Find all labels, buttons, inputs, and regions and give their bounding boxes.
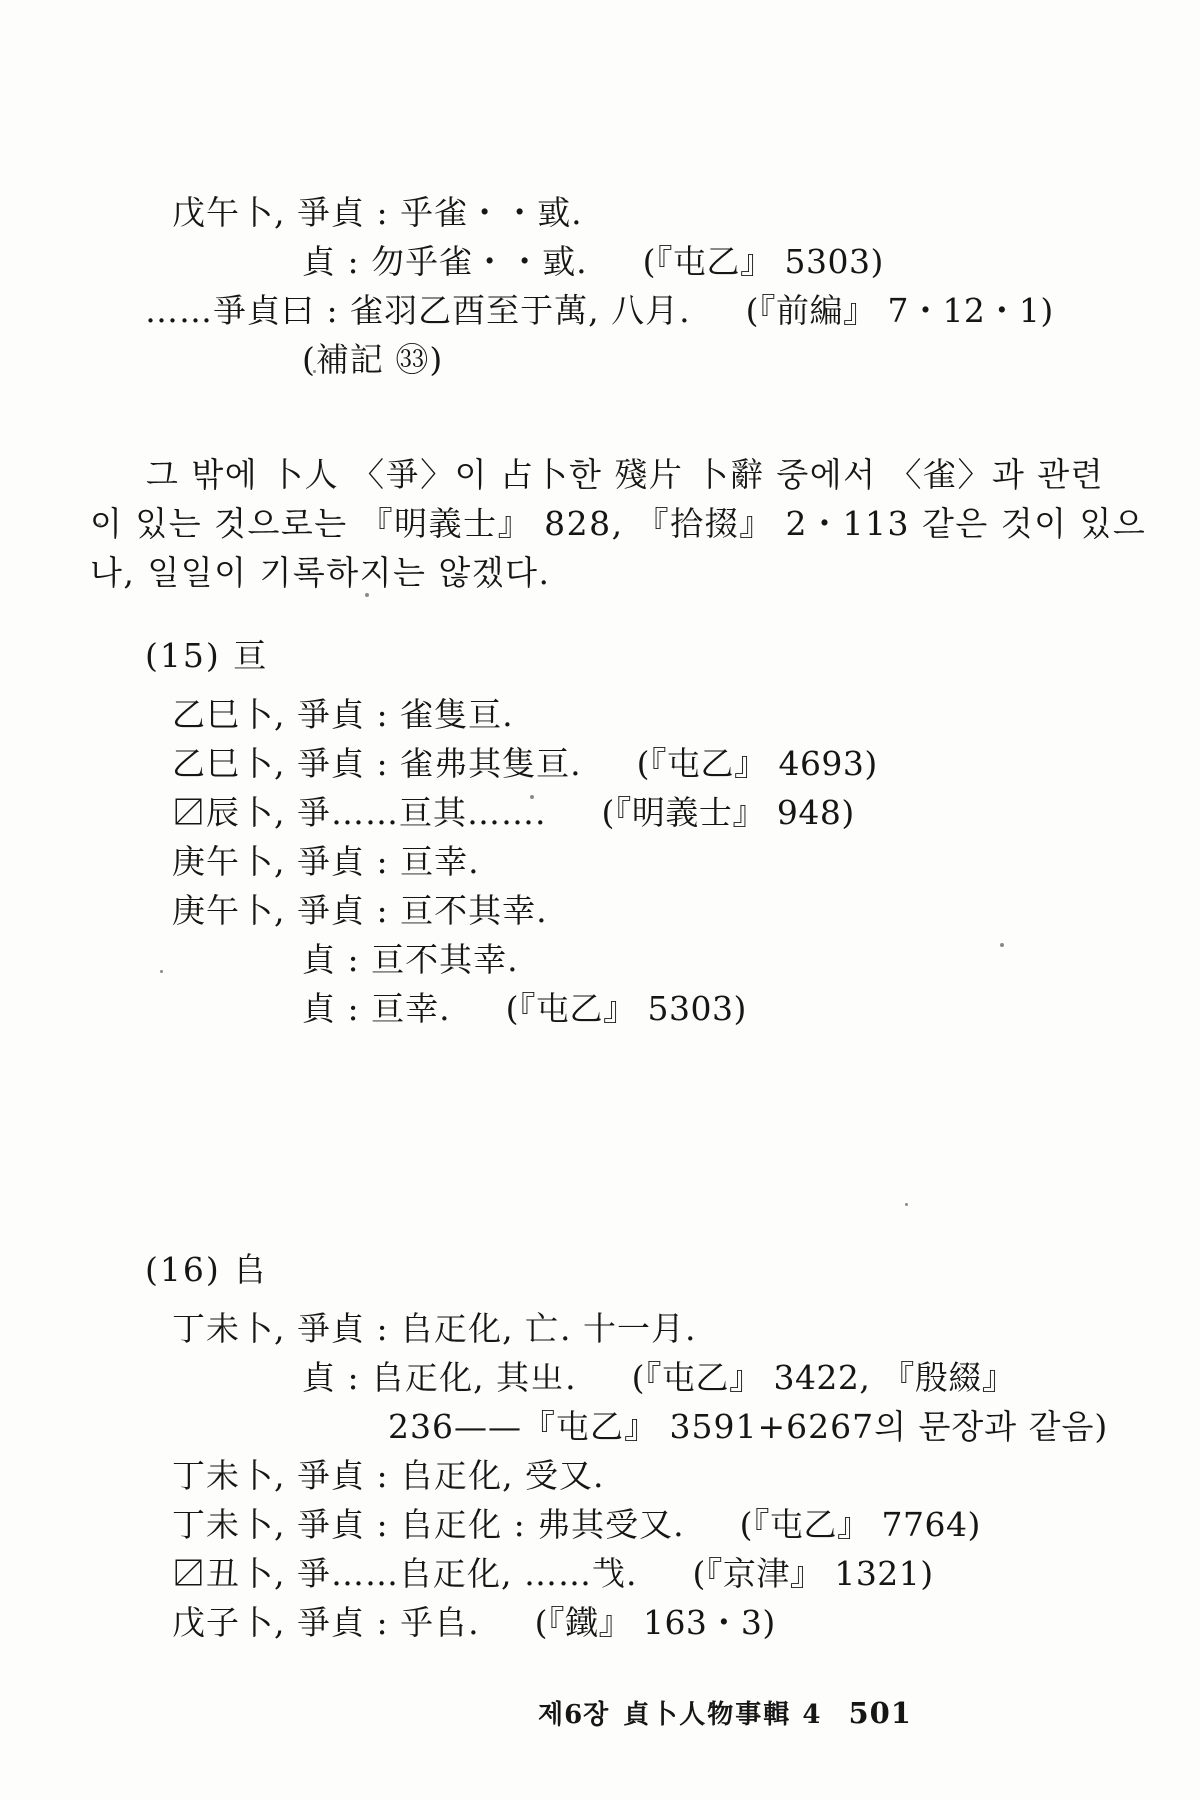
source-reference: (『屯乙』 5303) xyxy=(506,989,747,1028)
oracle-text: 丁未卜, 爭貞 : 𠂤𤴓化, 受又. xyxy=(172,1456,605,1495)
scan-speck xyxy=(530,795,534,799)
text-block: 戊午卜, 爭貞 : 乎雀・𣂟・戜. 貞 : 勿乎雀・𣂟・戜.(『屯乙』 5303… xyxy=(0,0,1200,1639)
oracle-text: 貞 : 勿乎雀・𣂟・戜. xyxy=(302,242,588,281)
paragraph-line: 이 있는 것으로는 『明義士』 828, 『拾掇』 2・113 같은 것이 있으 xyxy=(90,499,1140,548)
oracle-line: 丁未卜, 爭貞 : 𠂤𤴓化 : 弗其受又.(『屯乙』 7764) xyxy=(90,1508,1140,1541)
source-reference: (『屯乙』 5303) xyxy=(643,242,884,281)
paragraph-line: 나, 일일이 기록하지는 않겠다. xyxy=(90,548,1140,597)
supplementary-note-line: (補記 ㉝) xyxy=(90,343,1140,376)
scan-speck xyxy=(313,370,316,373)
source-reference: (『鐵』 163・3) xyxy=(535,1603,776,1642)
oracle-line: 庚午卜, 爭貞 : 亘幸. xyxy=(90,845,1140,878)
scan-speck xyxy=(905,1203,908,1206)
scan-speck xyxy=(98,523,101,526)
oracle-line: ……爭貞曰 : 雀羽乙酉至于萬, 八月.(『前編』 7・12・1) xyxy=(90,294,1140,327)
oracle-text: 庚午卜, 爭貞 : 亘幸. xyxy=(172,842,480,881)
section-heading: (15) 亘 xyxy=(90,639,1140,672)
oracle-line-continuation: 236——『屯乙』 3591+6267의 문장과 같음) xyxy=(90,1410,1140,1443)
oracle-line: 丁未卜, 爭貞 : 𠂤𤴓化, 亡𡆥. 十一月. xyxy=(90,1312,1140,1345)
oracle-text: 乙巳卜, 爭貞 : 雀弗其隻亘. xyxy=(172,744,582,783)
oracle-line: 乙巳卜, 爭貞 : 雀隻亘. xyxy=(90,698,1140,731)
source-reference: (『屯乙』 4693) xyxy=(637,744,878,783)
oracle-text: 戊子卜, 爭貞 : 乎𠂤. xyxy=(172,1603,480,1642)
oracle-line: 丁未卜, 爭貞 : 𠂤𤴓化, 受又. xyxy=(90,1459,1140,1492)
oracle-text: 乙巳卜, 爭貞 : 雀隻亘. xyxy=(172,695,514,734)
book-page-scan: 戊午卜, 爭貞 : 乎雀・𣂟・戜. 貞 : 勿乎雀・𣂟・戜.(『屯乙』 5303… xyxy=(0,0,1200,1800)
oracle-text: 貞 : 亘幸. xyxy=(302,989,451,1028)
oracle-line: 庚午卜, 爭貞 : 亘不其幸. xyxy=(90,894,1140,927)
source-reference: (『屯乙』 3422, 『殷綴』 xyxy=(632,1358,1016,1397)
oracle-line: 貞 : 𠂤𤴓化, 其㞢𡆥.(『屯乙』 3422, 『殷綴』 xyxy=(90,1361,1140,1394)
page-footer: 제6장 貞卜人物事輯 4 501 xyxy=(538,1694,912,1731)
oracle-line: 乙巳卜, 爭貞 : 雀弗其隻亘.(『屯乙』 4693) xyxy=(90,747,1140,780)
section-heading: (16) 𠂤 xyxy=(90,1253,1140,1286)
source-reference: (『前編』 7・12・1) xyxy=(746,291,1054,330)
oracle-line: 戊午卜, 爭貞 : 乎雀・𣂟・戜. xyxy=(90,196,1140,229)
oracle-text: ……爭貞曰 : 雀羽乙酉至于萬, 八月. xyxy=(145,291,691,330)
oracle-text: 236——『屯乙』 3591+6267의 문장과 같음) xyxy=(388,1407,1108,1446)
oracle-text: 丁未卜, 爭貞 : 𠂤𤴓化 : 弗其受又. xyxy=(172,1505,685,1544)
source-reference: (『明義士』 948) xyxy=(601,793,854,832)
paragraph-line: 그 밖에 卜人 〈爭〉이 占卜한 殘片 卜辭 중에서 〈雀〉과 관련 xyxy=(90,450,1140,499)
chapter-label: 제6장 xyxy=(538,1694,609,1731)
source-reference: (『屯乙』 7764) xyxy=(740,1505,981,1544)
oracle-text: 〼辰卜, 爭……亘其……. xyxy=(172,793,546,832)
scan-speck xyxy=(365,593,369,597)
scan-speck xyxy=(1000,943,1004,947)
oracle-text: 戊午卜, 爭貞 : 乎雀・𣂟・戜. xyxy=(172,193,583,232)
footer-title: 貞卜人物事輯 4 xyxy=(623,1694,822,1731)
oracle-line: 貞 : 亘不其幸. xyxy=(90,943,1140,976)
oracle-text: 庚午卜, 爭貞 : 亘不其幸. xyxy=(172,891,548,930)
oracle-line: 貞 : 勿乎雀・𣂟・戜.(『屯乙』 5303) xyxy=(90,245,1140,278)
oracle-text: 貞 : 𠂤𤴓化, 其㞢𡆥. xyxy=(302,1358,577,1397)
section-15: (15) 亘 乙巳卜, 爭貞 : 雀隻亘. 乙巳卜, 爭貞 : 雀弗其隻亘.(『… xyxy=(90,639,1140,1025)
oracle-text: (補記 ㉝) xyxy=(302,340,443,379)
oracle-line: 戊子卜, 爭貞 : 乎𠂤.(『鐵』 163・3) xyxy=(90,1606,1140,1639)
oracle-text: 〼丑卜, 爭……𠂤𤴓化, ……𢦏. xyxy=(172,1554,637,1593)
oracle-line: 貞 : 亘幸.(『屯乙』 5303) xyxy=(90,992,1140,1025)
section-16: (16) 𠂤 丁未卜, 爭貞 : 𠂤𤴓化, 亡𡆥. 十一月. 貞 : 𠂤𤴓化, … xyxy=(90,1253,1140,1639)
oracle-text: 貞 : 亘不其幸. xyxy=(302,940,519,979)
oracle-line: 〼丑卜, 爭……𠂤𤴓化, ……𢦏.(『京津』 1321) xyxy=(90,1557,1140,1590)
oracle-line: 〼辰卜, 爭……亘其…….(『明義士』 948) xyxy=(90,796,1140,829)
source-reference: (『京津』 1321) xyxy=(692,1554,933,1593)
scan-speck xyxy=(160,970,163,973)
commentary-paragraph: 그 밖에 卜人 〈爭〉이 占卜한 殘片 卜辭 중에서 〈雀〉과 관련 이 있는 … xyxy=(90,450,1140,597)
page-number: 501 xyxy=(848,1696,912,1730)
oracle-text: 丁未卜, 爭貞 : 𠂤𤴓化, 亡𡆥. 十一月. xyxy=(172,1309,697,1348)
